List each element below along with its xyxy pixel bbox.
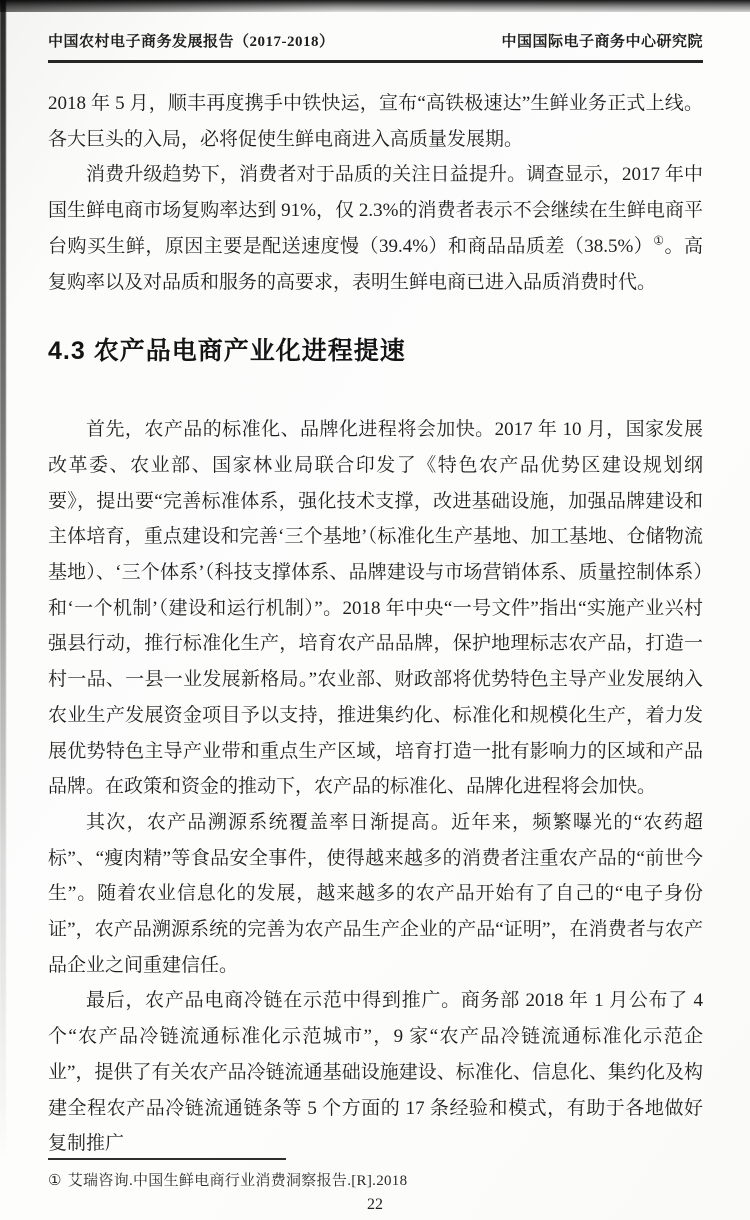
footnote-marker: ① (48, 1173, 62, 1189)
page-body: 2018 年 5 月，顺丰再度携手中铁快运，宣布“高铁极速达”生鲜业务正式上线。… (48, 86, 703, 1162)
report-title: 中国农村电子商务发展报告（2017-2018） (48, 30, 335, 51)
footnote-reference-mark: ① (653, 233, 664, 247)
footnote-separator (48, 1158, 286, 1160)
section-heading-4-3: 4.3 农产品电商产业化进程提速 (48, 336, 703, 366)
paragraph-consumption-upgrade-text: 消费升级趋势下，消费者对于品质的关注日益提升。调查显示，2017 年中国生鲜电商… (48, 164, 703, 256)
footnote-area: ①艾瑞咨询.中国生鲜电商行业消费洞察报告.[R].2018 (48, 1158, 703, 1190)
scan-edge-left (0, 0, 6, 1220)
paragraph-traceability-system: 其次，农产品溯源系统覆盖率日渐提高。近年来，频繁曝光的“农药超标”、“瘦肉精”等… (48, 805, 703, 984)
document-page: 中国农村电子商务发展报告（2017-2018） 中国国际电子商务中心研究院 20… (0, 0, 750, 1220)
paragraph-standardization-branding: 首先，农产品的标准化、品牌化进程将会加快。2017 年 10 月，国家发展改革委… (48, 412, 703, 805)
footnote-text: 艾瑞咨询.中国生鲜电商行业消费洞察报告.[R].2018 (68, 1173, 408, 1189)
institute-name: 中国国际电子商务中心研究院 (501, 30, 703, 51)
paragraph-fresh-ecommerce-launch: 2018 年 5 月，顺丰再度携手中铁快运，宣布“高铁极速达”生鲜业务正式上线。… (48, 86, 703, 157)
page-header: 中国农村电子商务发展报告（2017-2018） 中国国际电子商务中心研究院 (48, 30, 703, 63)
scan-edge-top (0, 0, 750, 12)
paragraph-cold-chain-promotion: 最后，农产品电商冷链在示范中得到推广。商务部 2018 年 1 月公布了 4 个… (48, 983, 703, 1162)
paragraph-consumption-upgrade: 消费升级趋势下，消费者对于品质的关注日益提升。调查显示，2017 年中国生鲜电商… (48, 157, 703, 300)
footnote-entry: ①艾瑞咨询.中国生鲜电商行业消费洞察报告.[R].2018 (48, 1169, 703, 1190)
page-number: 22 (0, 1196, 750, 1214)
